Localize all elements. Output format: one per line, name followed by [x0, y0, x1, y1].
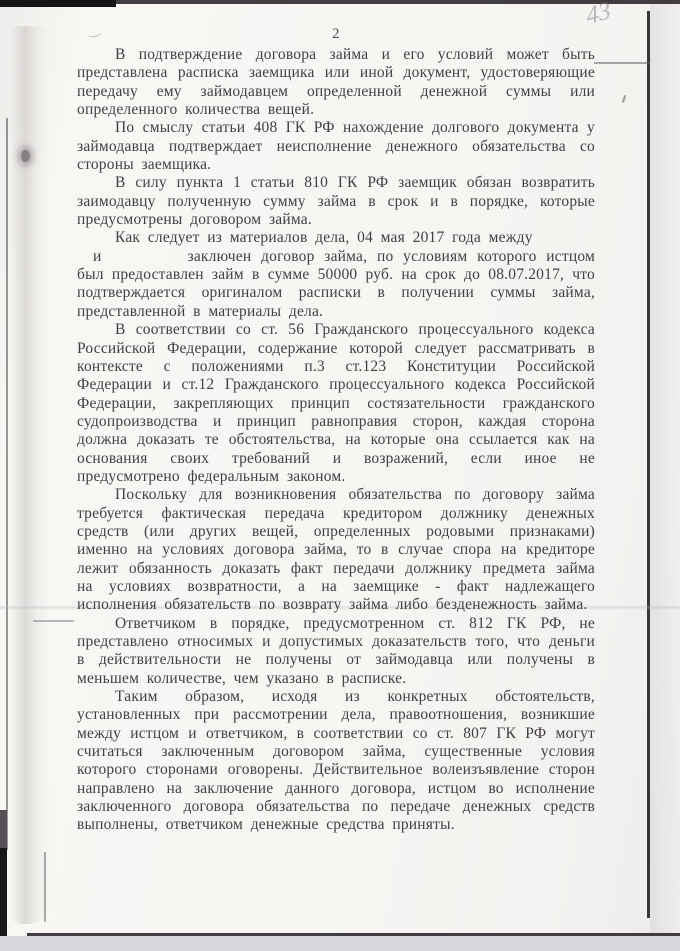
paragraph-5: В соответствии со ст. 56 Гражданского пр… [77, 321, 595, 486]
scanned-document-page: 2 43 В подтверждение договора займа и ег… [0, 0, 680, 951]
left-scan-bar-black [0, 848, 7, 936]
paragraph-4-line-2: изаключен договор займа, по условиям кот… [77, 248, 595, 266]
paragraph-4-conjunction: и [93, 248, 102, 265]
vertical-fold-shadow [10, 26, 50, 924]
paragraph-1: В подтверждение договора займа и его усл… [77, 46, 595, 119]
top-left-scan-edge-black [0, 0, 116, 7]
right-page-edge-line [647, 11, 650, 918]
paragraph-4-line-1: Как следует из материалов дела, 04 мая 2… [77, 229, 595, 247]
anonymized-name-gap [102, 260, 188, 261]
left-scan-bar-gray [0, 810, 7, 850]
fold-smudge [21, 150, 30, 162]
paragraph-4-line-2-text: заключен договор займа, по условиям кото… [188, 248, 596, 265]
right-margin-shading [650, 4, 680, 951]
anonymized-gap [77, 260, 93, 261]
tick-mark-artifact [622, 95, 626, 103]
paragraph-2: По смыслу статьи 408 ГК РФ нахождение до… [77, 119, 595, 174]
paragraph-8: Таким образом, исходя из конкретных обст… [77, 688, 595, 835]
paragraph-3: В силу пункта 1 статьи 810 ГК РФ заемщик… [77, 174, 595, 229]
fold-bottom-edge-line [44, 852, 46, 922]
scanner-background-strip [0, 936, 680, 951]
left-page-edge-line [6, 118, 8, 850]
pen-stroke-artifact [594, 62, 650, 64]
page-number: 2 [0, 26, 672, 43]
document-text-block: В подтверждение договора займа и его усл… [77, 46, 595, 835]
paragraph-7: Ответчиком в порядке, предусмотренном ст… [77, 615, 595, 688]
paragraph-6: Поскольку для возникновения обязательств… [77, 486, 595, 614]
margin-dash-artifact [33, 620, 74, 622]
paragraph-4-continuation: был предоставлен займ в сумме 50000 руб.… [77, 266, 595, 321]
